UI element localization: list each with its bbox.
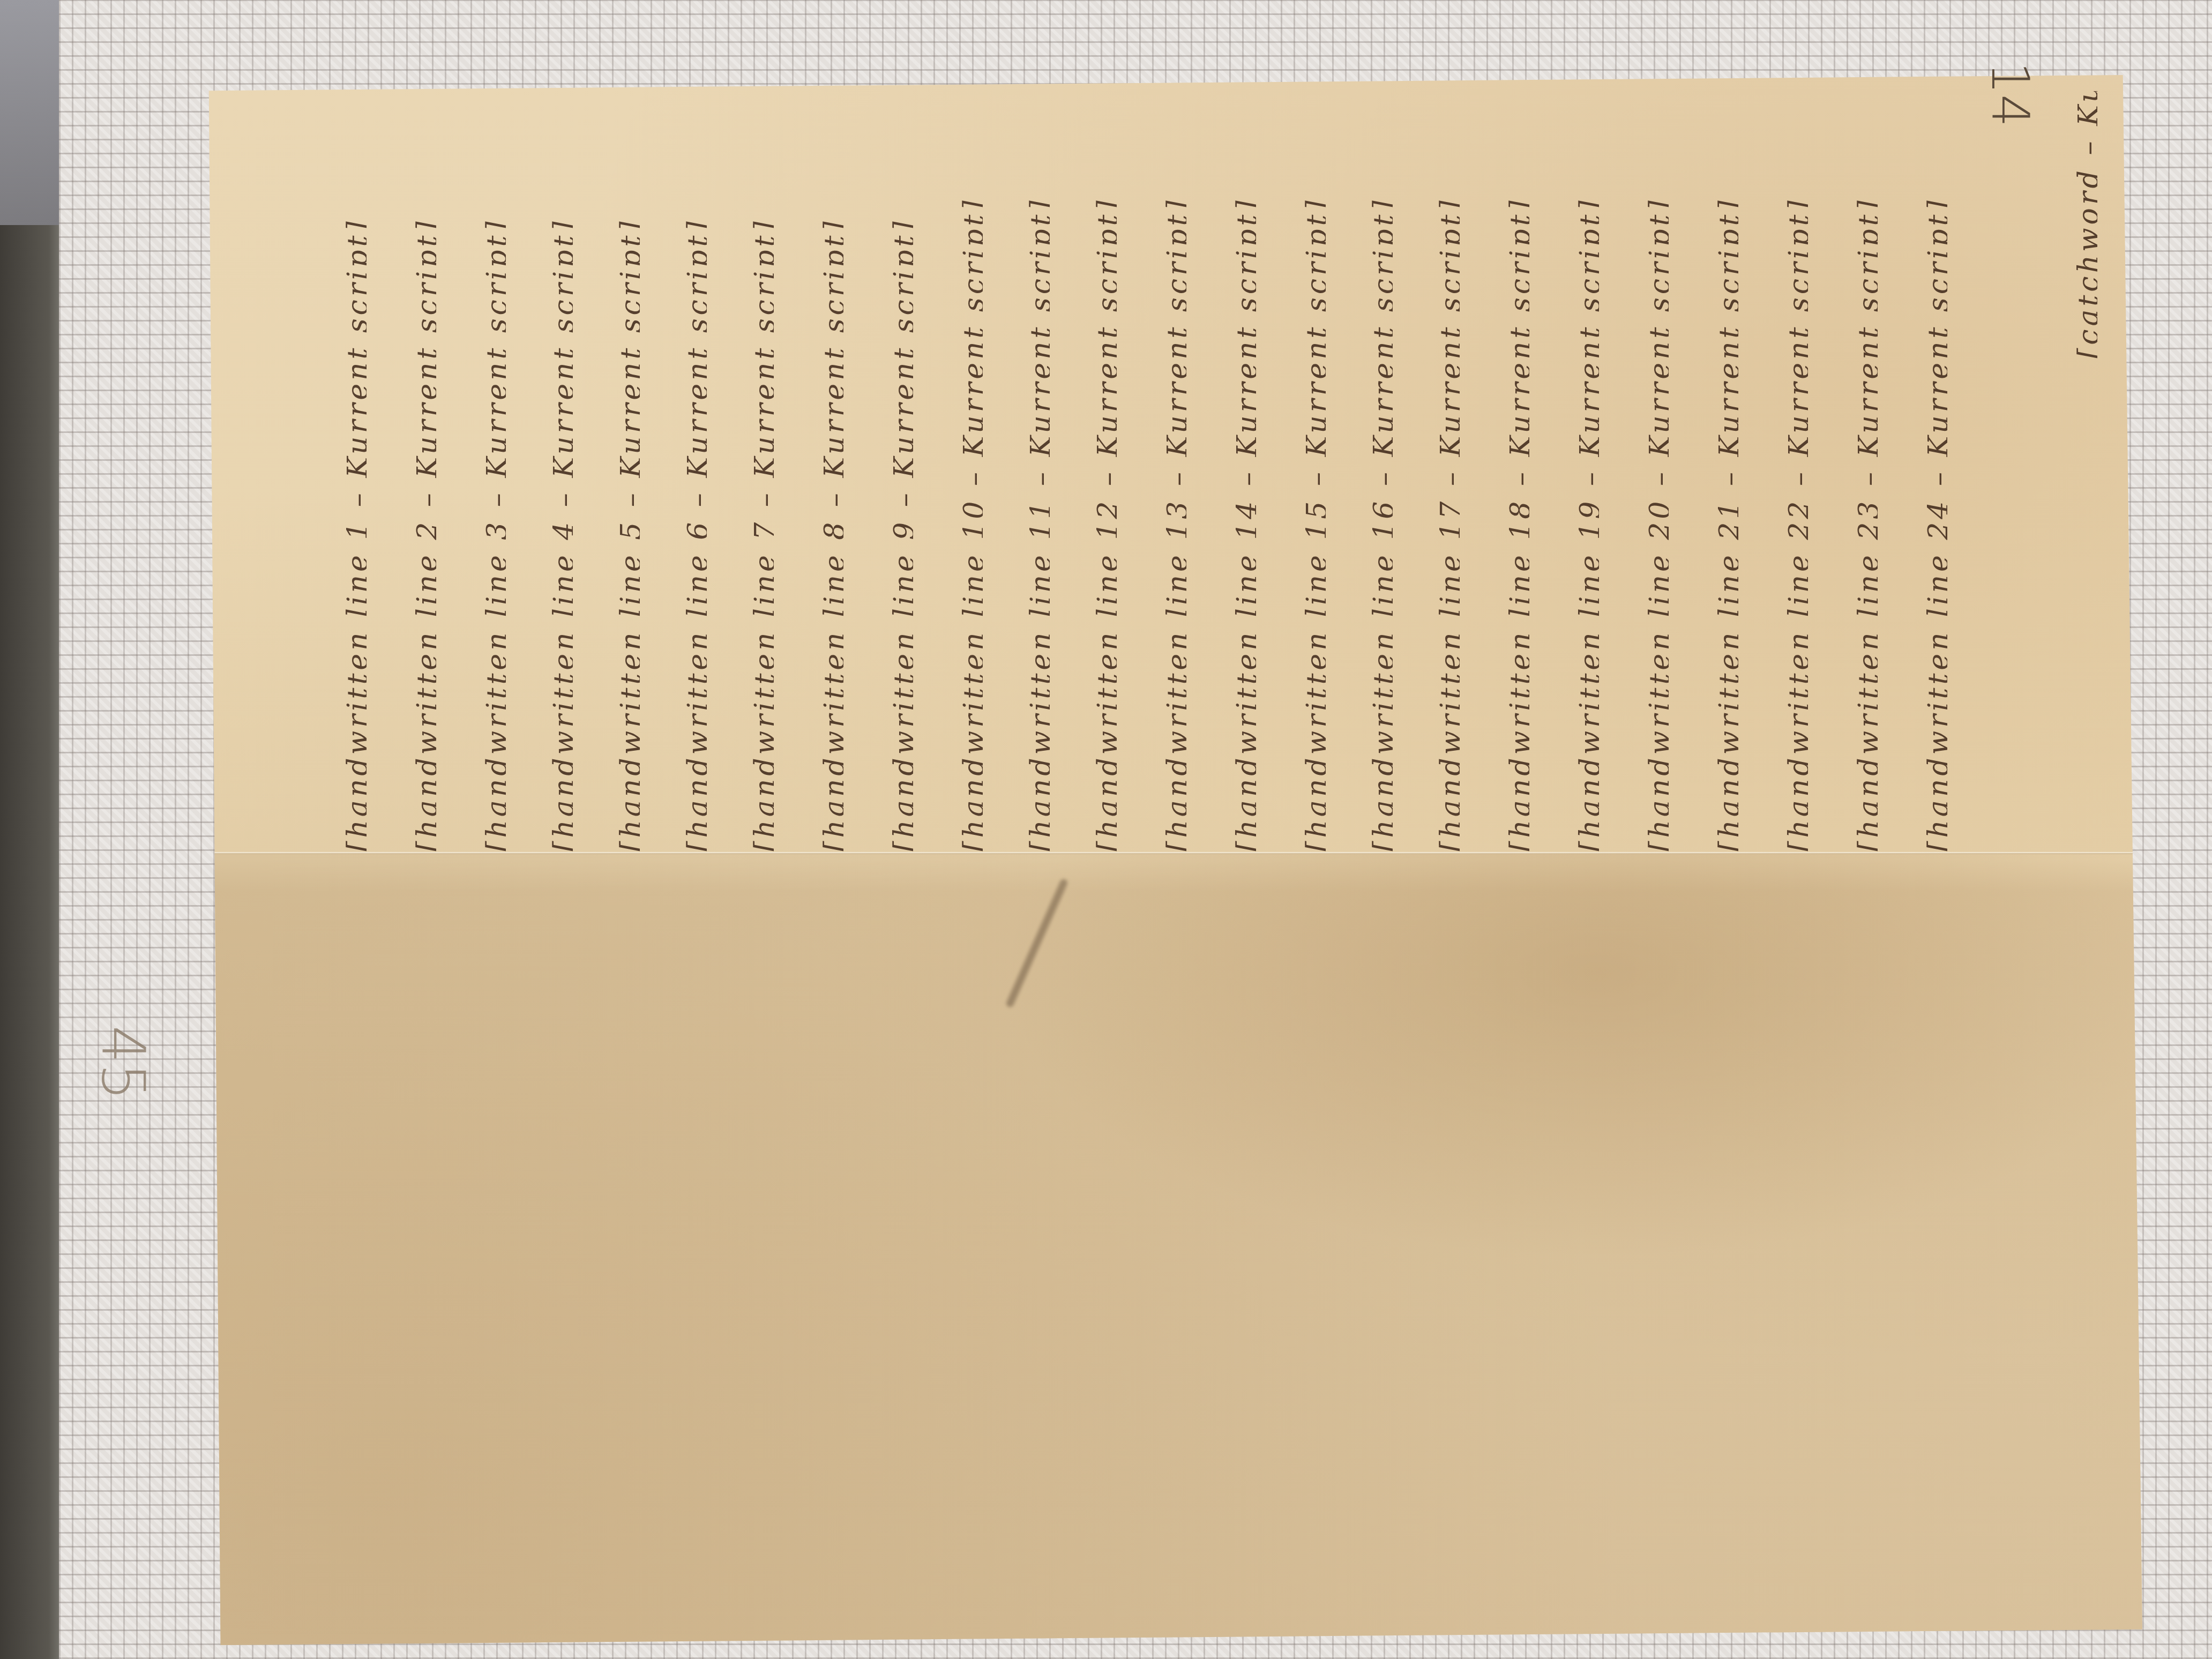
- handwritten-line: [handwritten line 11 – Kurrent script]: [1025, 91, 1050, 852]
- handwritten-line: [handwritten line 12 – Kurrent script]: [1092, 91, 1117, 852]
- handwritten-line: [handwritten line 7 – Kurrent script]: [749, 91, 774, 852]
- handwritten-line: [handwritten line 20 – Kurrent script]: [1644, 91, 1669, 852]
- handwritten-text-block: [handwritten line 1 – Kurrent script] [h…: [197, 75, 2142, 852]
- handwritten-line: [handwritten line 3 – Kurrent script]: [481, 91, 506, 852]
- handwritten-line: [handwritten line 24 – Kurrent script]: [1923, 91, 1947, 852]
- handwritten-line: [handwritten line 16 – Kurrent script]: [1368, 91, 1393, 852]
- handwritten-line: [handwritten line 9 – Kurrent script]: [888, 91, 913, 852]
- handwritten-line: [handwritten line 22 – Kurrent script]: [1783, 91, 1808, 852]
- handwritten-line: [handwritten line 17 – Kurrent script]: [1435, 91, 1460, 852]
- handwritten-line: [handwritten line 1 – Kurrent script]: [342, 91, 367, 852]
- folio-number: 14: [1980, 62, 2040, 127]
- handwritten-line: [handwritten line 18 – Kurrent script]: [1505, 91, 1529, 852]
- handwritten-line: [handwritten line 14 – Kurrent script]: [1231, 91, 1256, 852]
- manuscript-page: [handwritten line 1 – Kurrent script] [h…: [197, 75, 2142, 1645]
- handwritten-line: [handwritten line 15 – Kurrent script]: [1301, 91, 1326, 852]
- handwritten-line: [handwritten line 2 – Kurrent script]: [412, 91, 436, 852]
- catchword: [catchword – Kurrent script]: [2073, 91, 2097, 359]
- handwritten-line: [handwritten line 19 – Kurrent script]: [1574, 91, 1599, 852]
- handwritten-line: [handwritten line 6 – Kurrent script]: [682, 91, 707, 852]
- handwritten-line: [handwritten line 8 – Kurrent script]: [819, 91, 843, 852]
- blank-lower-half: [197, 854, 2142, 1645]
- handwritten-line: [handwritten line 10 – Kurrent script]: [958, 91, 983, 852]
- handwritten-line: [handwritten line 21 – Kurrent script]: [1714, 91, 1738, 852]
- pencil-annotation: 45: [89, 1026, 158, 1101]
- handwritten-line: [handwritten line 13 – Kurrent script]: [1162, 91, 1186, 852]
- handwritten-line: [handwritten line 4 – Kurrent script]: [548, 91, 573, 852]
- handwritten-line: [handwritten line 23 – Kurrent script]: [1853, 91, 1878, 852]
- handwritten-line: [handwritten line 5 – Kurrent script]: [615, 91, 640, 852]
